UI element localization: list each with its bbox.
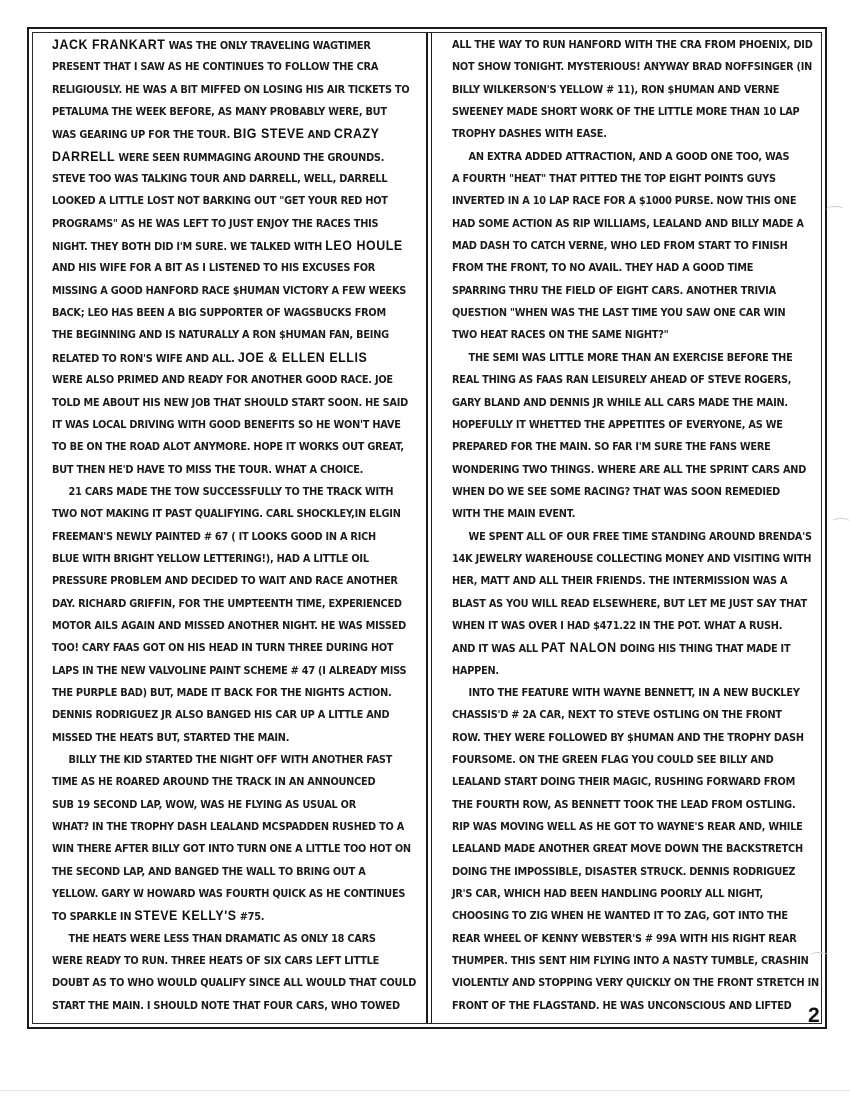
- body-text: QUESTION "WHEN WAS THE LAST TIME YOU SAW…: [452, 307, 785, 319]
- body-text: WITH THE MAIN EVENT.: [452, 508, 575, 520]
- body-text: PRESENT THAT I SAW AS HE CONTINUES TO FO…: [52, 61, 378, 73]
- text-line: RELIGIOUSLY. HE WAS A BIT MIFFED ON LOSI…: [52, 79, 389, 101]
- highlighted-name: CRAZY: [334, 126, 380, 141]
- text-line: WHEN IT WAS OVER I HAD $471.22 IN THE PO…: [452, 615, 791, 637]
- text-line: SPARRING THRU THE FIELD OF EIGHT CARS. A…: [452, 280, 791, 302]
- text-line: JACK FRANKART WAS THE ONLY TRAVELING WAG…: [52, 34, 389, 56]
- body-text: NIGHT. THEY BOTH DID I'M SURE. WE TALKED…: [52, 241, 325, 253]
- text-line: PRESENT THAT I SAW AS HE CONTINUES TO FO…: [52, 56, 389, 78]
- body-text: DAY. RICHARD GRIFFIN, FOR THE UMPTEENTH …: [52, 598, 402, 610]
- text-line: TO BE ON THE ROAD ALOT ANYMORE. HOPE IT …: [52, 436, 389, 458]
- scan-mark: [810, 952, 828, 959]
- body-text: NOT SHOW TONIGHT. MYSTERIOUS! ANYWAY BRA…: [452, 61, 812, 73]
- text-line: LAPS IN THE NEW VALVOLINE PAINT SCHEME #…: [52, 660, 389, 682]
- body-text: LEALAND START DOING THEIR MAGIC, RUSHING…: [452, 776, 795, 788]
- body-text: THE FOURTH ROW, AS BENNETT TOOK THE LEAD…: [452, 799, 795, 811]
- body-text: TWO NOT MAKING IT PAST QUALIFYING. CARL …: [52, 508, 401, 520]
- body-text: BILLY THE KID STARTED THE NIGHT OFF WITH…: [69, 754, 393, 766]
- text-line: 21 CARS MADE THE TOW SUCCESSFULLY TO THE…: [52, 481, 389, 503]
- body-text: THE SECOND LAP, AND BANGED THE WALL TO B…: [52, 866, 366, 878]
- text-line: THE SECOND LAP, AND BANGED THE WALL TO B…: [52, 861, 389, 883]
- text-line: BLAST AS YOU WILL READ ELSEWHERE, BUT LE…: [452, 593, 791, 615]
- text-line: THE SEMI WAS LITTLE MORE THAN AN EXERCIS…: [452, 347, 791, 369]
- body-text: INTO THE FEATURE WITH WAYNE BENNETT, IN …: [469, 687, 800, 699]
- body-text: DOUBT AS TO WHO WOULD QUALIFY SINCE ALL …: [52, 977, 416, 989]
- body-text: HAPPEN.: [452, 665, 499, 677]
- body-text: BLAST AS YOU WILL READ ELSEWHERE, BUT LE…: [452, 598, 807, 610]
- right-column: ALL THE WAY TO RUN HANFORD WITH THE CRA …: [452, 34, 820, 1017]
- body-text: TO BE ON THE ROAD ALOT ANYMORE. HOPE IT …: [52, 441, 404, 453]
- body-text: WE SPENT ALL OF OUR FREE TIME STANDING A…: [469, 531, 812, 543]
- text-line: TROPHY DASHES WITH EASE.: [452, 123, 791, 145]
- body-text: HAD SOME ACTION AS RIP WILLIAMS, LEALAND…: [452, 218, 804, 230]
- text-line: WERE READY TO RUN. THREE HEATS OF SIX CA…: [52, 950, 389, 972]
- text-line: QUESTION "WHEN WAS THE LAST TIME YOU SAW…: [452, 302, 791, 324]
- body-text: THE SEMI WAS LITTLE MORE THAN AN EXERCIS…: [469, 352, 793, 364]
- body-text: TOO! CARY FAAS GOT ON HIS HEAD IN TURN T…: [52, 642, 393, 654]
- text-line: FREEMAN'S NEWLY PAINTED # 67 ( IT LOOKS …: [52, 526, 389, 548]
- text-line: DOUBT AS TO WHO WOULD QUALIFY SINCE ALL …: [52, 972, 389, 994]
- page-number: 2: [808, 1004, 820, 1028]
- highlighted-name: BIG STEVE: [233, 126, 304, 141]
- body-text: TROPHY DASHES WITH EASE.: [452, 128, 607, 140]
- body-text: STEVE TOO WAS TALKING TOUR AND DARRELL, …: [52, 173, 387, 185]
- body-text: AN EXTRA ADDED ATTRACTION, AND A GOOD ON…: [469, 151, 790, 163]
- text-line: DOING THE IMPOSSIBLE, DISASTER STRUCK. D…: [452, 861, 791, 883]
- body-text: TWO HEAT RACES ON THE SAME NIGHT?": [452, 329, 669, 341]
- text-line: BUT THEN HE'D HAVE TO MISS THE TOUR. WHA…: [52, 459, 389, 481]
- body-text: MOTOR AILS AGAIN AND MISSED ANOTHER NIGH…: [52, 620, 406, 632]
- text-line: INVERTED IN A 10 LAP RACE FOR A $1000 PU…: [452, 190, 791, 212]
- text-line: RELATED TO RON'S WIFE AND ALL. JOE & ELL…: [52, 347, 389, 369]
- body-text: MAD DASH TO CATCH VERNE, WHO LED FROM ST…: [452, 240, 788, 252]
- text-line: LOOKED A LITTLE LOST NOT BARKING OUT "GE…: [52, 190, 389, 212]
- body-text: FOURSOME. ON THE GREEN FLAG YOU COULD SE…: [452, 754, 774, 766]
- body-text: SUB 19 SECOND LAP, WOW, WAS HE FLYING AS…: [52, 799, 356, 811]
- body-text: BLUE WITH BRIGHT YELLOW LETTERING!), HAD…: [52, 553, 369, 565]
- text-line: THE PURPLE BAD) BUT, MADE IT BACK FOR TH…: [52, 682, 389, 704]
- body-text: SWEENEY MADE SHORT WORK OF THE LITTLE MO…: [452, 106, 799, 118]
- body-text: SPARRING THRU THE FIELD OF EIGHT CARS. A…: [452, 285, 776, 297]
- body-text: WHEN DO WE SEE SOME RACING? THAT WAS SOO…: [452, 486, 780, 498]
- body-text: JR'S CAR, WHICH HAD BEEN HANDLING POORLY…: [452, 888, 763, 900]
- highlighted-name: LEO HOULE: [325, 238, 402, 253]
- text-line: TIME AS HE ROARED AROUND THE TRACK IN AN…: [52, 771, 389, 793]
- body-text: AND HIS WIFE FOR A BIT AS I LISTENED TO …: [52, 262, 375, 274]
- body-text: WERE READY TO RUN. THREE HEATS OF SIX CA…: [52, 955, 379, 967]
- text-line: PRESSURE PROBLEM AND DECIDED TO WAIT AND…: [52, 570, 389, 592]
- body-text: WONDERING TWO THINGS. WHERE ARE ALL THE …: [452, 464, 806, 476]
- body-text: WAS THE ONLY TRAVELING WAGTIMER: [165, 40, 370, 52]
- text-line: SUB 19 SECOND LAP, WOW, WAS HE FLYING AS…: [52, 794, 389, 816]
- body-text: WIN THERE AFTER BILLY GOT INTO TURN ONE …: [52, 843, 411, 855]
- text-line: HAD SOME ACTION AS RIP WILLIAMS, LEALAND…: [452, 213, 791, 235]
- text-line: YELLOW. GARY W HOWARD WAS FOURTH QUICK A…: [52, 883, 389, 905]
- text-line: MISSING A GOOD HANFORD RACE $HUMAN VICTO…: [52, 280, 389, 302]
- body-text: DOING THE IMPOSSIBLE, DISASTER STRUCK. D…: [452, 866, 795, 878]
- highlighted-name: STEVE KELLY'S: [134, 908, 236, 923]
- body-text: #75.: [237, 911, 265, 923]
- text-line: HAPPEN.: [452, 660, 791, 682]
- scan-edge: [0, 1090, 850, 1091]
- body-text: MISSING A GOOD HANFORD RACE $HUMAN VICTO…: [52, 285, 406, 297]
- text-line: FOURSOME. ON THE GREEN FLAG YOU COULD SE…: [452, 749, 791, 771]
- text-line: LEALAND MADE ANOTHER GREAT MOVE DOWN THE…: [452, 838, 791, 860]
- text-line: TWO HEAT RACES ON THE SAME NIGHT?": [452, 324, 791, 346]
- text-line: BILLY THE KID STARTED THE NIGHT OFF WITH…: [52, 749, 389, 771]
- text-line: THE HEATS WERE LESS THAN DRAMATIC AS ONL…: [52, 928, 389, 950]
- text-line: REAL THING AS FAAS RAN LEISURELY AHEAD O…: [452, 369, 791, 391]
- text-line: FRONT OF THE FLAGSTAND. HE WAS UNCONSCIO…: [452, 995, 791, 1017]
- text-line: CHASSIS'D # 2A CAR, NEXT TO STEVE OSTLIN…: [452, 704, 791, 726]
- body-text: TIME AS HE ROARED AROUND THE TRACK IN AN…: [52, 776, 375, 788]
- scan-mark: [826, 206, 844, 213]
- text-line: PETALUMA THE WEEK BEFORE, AS MANY PROBAB…: [52, 101, 389, 123]
- body-text: REAL THING AS FAAS RAN LEISURELY AHEAD O…: [452, 374, 791, 386]
- body-text: A FOURTH "HEAT" THAT PITTED THE TOP EIGH…: [452, 173, 776, 185]
- body-text: INVERTED IN A 10 LAP RACE FOR A $1000 PU…: [452, 195, 796, 207]
- text-line: TO SPARKLE IN STEVE KELLY'S #75.: [52, 905, 389, 927]
- text-line: MAD DASH TO CATCH VERNE, WHO LED FROM ST…: [452, 235, 791, 257]
- body-text: GARY BLAND AND DENNIS JR WHILE ALL CARS …: [452, 397, 788, 409]
- text-line: WHEN DO WE SEE SOME RACING? THAT WAS SOO…: [452, 481, 791, 503]
- body-text: DENNIS RODRIGUEZ JR ALSO BANGED HIS CAR …: [52, 709, 389, 721]
- text-line: STEVE TOO WAS TALKING TOUR AND DARRELL, …: [52, 168, 389, 190]
- text-line: TWO NOT MAKING IT PAST QUALIFYING. CARL …: [52, 503, 389, 525]
- text-line: HOPEFULLY IT WHETTED THE APPETITES OF EV…: [452, 414, 791, 436]
- text-line: WHAT? IN THE TROPHY DASH LEALAND McSPADD…: [52, 816, 389, 838]
- body-text: HOPEFULLY IT WHETTED THE APPETITES OF EV…: [452, 419, 783, 431]
- body-text: WHEN IT WAS OVER I HAD $471.22 IN THE PO…: [452, 620, 782, 632]
- text-line: TOLD ME ABOUT HIS NEW JOB THAT SHOULD ST…: [52, 392, 389, 414]
- text-line: ROW. THEY WERE FOLLOWED BY $HUMAN AND TH…: [452, 727, 791, 749]
- text-line: WAS GEARING UP FOR THE TOUR. BIG STEVE A…: [52, 123, 389, 145]
- text-line: ALL THE WAY TO RUN HANFORD WITH THE CRA …: [452, 34, 791, 56]
- body-text: LOOKED A LITTLE LOST NOT BARKING OUT "GE…: [52, 195, 388, 207]
- body-text: IT WAS LOCAL DRIVING WITH GOOD BENEFITS …: [52, 419, 401, 431]
- body-text: AND: [304, 129, 333, 141]
- body-text: YELLOW. GARY W HOWARD WAS FOURTH QUICK A…: [52, 888, 405, 900]
- text-line: WONDERING TWO THINGS. WHERE ARE ALL THE …: [452, 459, 791, 481]
- highlighted-name: JOE & ELLEN ELLIS: [238, 350, 367, 365]
- text-line: AN EXTRA ADDED ATTRACTION, AND A GOOD ON…: [452, 146, 791, 168]
- text-line: TOO! CARY FAAS GOT ON HIS HEAD IN TURN T…: [52, 637, 389, 659]
- body-text: CHOOSING TO ZIG WHEN HE WANTED IT TO ZAG…: [452, 910, 788, 922]
- text-line: MOTOR AILS AGAIN AND MISSED ANOTHER NIGH…: [52, 615, 389, 637]
- highlighted-name: PAT NALON: [541, 640, 617, 655]
- text-line: REAR WHEEL OF KENNY WEBSTER'S # 99A WITH…: [452, 928, 791, 950]
- body-text: FRONT OF THE FLAGSTAND. HE WAS UNCONSCIO…: [452, 1000, 791, 1012]
- text-line: AND IT WAS ALL PAT NALON DOING HIS THING…: [452, 637, 791, 659]
- body-text: PETALUMA THE WEEK BEFORE, AS MANY PROBAB…: [52, 106, 387, 118]
- text-line: NOT SHOW TONIGHT. MYSTERIOUS! ANYWAY BRA…: [452, 56, 791, 78]
- body-text: AND IT WAS ALL: [452, 643, 541, 655]
- body-text: FROM THE FRONT, TO NO AVAIL. THEY HAD A …: [452, 262, 753, 274]
- text-line: RIP WAS MOVING WELL AS HE GOT TO WAYNE'S…: [452, 816, 791, 838]
- text-line: THE BEGINNING AND IS NATURALLY A RON $HU…: [52, 324, 389, 346]
- column-divider-right-rule: [431, 32, 432, 1024]
- highlighted-name: DARRELL: [52, 149, 115, 164]
- text-line: FROM THE FRONT, TO NO AVAIL. THEY HAD A …: [452, 257, 791, 279]
- body-text: WERE SEEN RUMMAGING AROUND THE GROUNDS.: [115, 152, 384, 164]
- body-text: WAS GEARING UP FOR THE TOUR.: [52, 129, 233, 141]
- text-line: HER, MATT AND ALL THEIR FRIENDS. THE INT…: [452, 570, 791, 592]
- body-text: THE PURPLE BAD) BUT, MADE IT BACK FOR TH…: [52, 687, 391, 699]
- text-line: DARRELL WERE SEEN RUMMAGING AROUND THE G…: [52, 146, 389, 168]
- text-line: AND HIS WIFE FOR A BIT AS I LISTENED TO …: [52, 257, 389, 279]
- text-line: INTO THE FEATURE WITH WAYNE BENNETT, IN …: [452, 682, 791, 704]
- text-line: NIGHT. THEY BOTH DID I'M SURE. WE TALKED…: [52, 235, 389, 257]
- body-text: PROGRAMS" AS HE WAS LEFT TO JUST ENJOY T…: [52, 218, 378, 230]
- body-text: MISSED THE HEATS BUT, STARTED THE MAIN.: [52, 732, 289, 744]
- text-line: 14K JEWELRY WAREHOUSE COLLECTING MONEY A…: [452, 548, 791, 570]
- text-line: PROGRAMS" AS HE WAS LEFT TO JUST ENJOY T…: [52, 213, 389, 235]
- body-text: THE HEATS WERE LESS THAN DRAMATIC AS ONL…: [69, 933, 376, 945]
- body-text: REAR WHEEL OF KENNY WEBSTER'S # 99A WITH…: [452, 933, 797, 945]
- text-line: THE FOURTH ROW, AS BENNETT TOOK THE LEAD…: [452, 794, 791, 816]
- body-text: ALL THE WAY TO RUN HANFORD WITH THE CRA …: [452, 39, 813, 51]
- body-text: TO SPARKLE IN: [52, 911, 134, 923]
- body-text: DOING HIS THING THAT MADE IT: [617, 643, 791, 655]
- text-line: GARY BLAND AND DENNIS JR WHILE ALL CARS …: [452, 392, 791, 414]
- text-line: DENNIS RODRIGUEZ JR ALSO BANGED HIS CAR …: [52, 704, 389, 726]
- text-line: PREPARED FOR THE MAIN. SO FAR I'M SURE T…: [452, 436, 791, 458]
- body-text: WERE ALSO PRIMED AND READY FOR ANOTHER G…: [52, 374, 393, 386]
- body-text: PREPARED FOR THE MAIN. SO FAR I'M SURE T…: [452, 441, 771, 453]
- text-line: BILLY WILKERSON'S YELLOW # 11), RON $HUM…: [452, 79, 791, 101]
- text-line: JR'S CAR, WHICH HAD BEEN HANDLING POORLY…: [452, 883, 791, 905]
- text-line: WIN THERE AFTER BILLY GOT INTO TURN ONE …: [52, 838, 389, 860]
- body-text: PRESSURE PROBLEM AND DECIDED TO WAIT AND…: [52, 575, 398, 587]
- text-line: WE SPENT ALL OF OUR FREE TIME STANDING A…: [452, 526, 791, 548]
- body-text: TOLD ME ABOUT HIS NEW JOB THAT SHOULD ST…: [52, 397, 408, 409]
- text-line: BACK; LEO HAS BEEN A BIG SUPPORTER OF WA…: [52, 302, 389, 324]
- body-text: 14K JEWELRY WAREHOUSE COLLECTING MONEY A…: [452, 553, 811, 565]
- text-line: START THE MAIN. I SHOULD NOTE THAT FOUR …: [52, 995, 389, 1017]
- text-line: WERE ALSO PRIMED AND READY FOR ANOTHER G…: [52, 369, 389, 391]
- body-text: LEALAND MADE ANOTHER GREAT MOVE DOWN THE…: [452, 843, 803, 855]
- newsletter-page: JACK FRANKART WAS THE ONLY TRAVELING WAG…: [0, 0, 850, 1100]
- text-line: A FOURTH "HEAT" THAT PITTED THE TOP EIGH…: [452, 168, 791, 190]
- body-text: START THE MAIN. I SHOULD NOTE THAT FOUR …: [52, 1000, 400, 1012]
- body-text: WHAT? IN THE TROPHY DASH LEALAND McSPADD…: [52, 821, 404, 833]
- text-line: SWEENEY MADE SHORT WORK OF THE LITTLE MO…: [452, 101, 791, 123]
- left-column: JACK FRANKART WAS THE ONLY TRAVELING WAG…: [52, 34, 418, 1017]
- body-text: HER, MATT AND ALL THEIR FRIENDS. THE INT…: [452, 575, 787, 587]
- body-text: RELIGIOUSLY. HE WAS A BIT MIFFED ON LOSI…: [52, 84, 409, 96]
- text-line: CHOOSING TO ZIG WHEN HE WANTED IT TO ZAG…: [452, 905, 791, 927]
- text-line: WITH THE MAIN EVENT.: [452, 503, 791, 525]
- body-text: BACK; LEO HAS BEEN A BIG SUPPORTER OF WA…: [52, 307, 386, 319]
- body-text: THE BEGINNING AND IS NATURALLY A RON $HU…: [52, 329, 389, 341]
- column-divider-left-rule: [426, 32, 428, 1024]
- body-text: FREEMAN'S NEWLY PAINTED # 67 ( IT LOOKS …: [52, 531, 376, 543]
- body-text: VIOLENTLY AND STOPPING VERY QUICKLY ON T…: [452, 977, 819, 989]
- body-text: RIP WAS MOVING WELL AS HE GOT TO WAYNE'S…: [452, 821, 803, 833]
- scan-mark: [832, 518, 850, 525]
- body-text: 21 CARS MADE THE TOW SUCCESSFULLY TO THE…: [69, 486, 394, 498]
- body-text: ROW. THEY WERE FOLLOWED BY $HUMAN AND TH…: [452, 732, 804, 744]
- text-line: THUMPER. THIS SENT HIM FLYING INTO A NAS…: [452, 950, 791, 972]
- body-text: BILLY WILKERSON'S YELLOW # 11), RON $HUM…: [452, 84, 779, 96]
- text-line: LEALAND START DOING THEIR MAGIC, RUSHING…: [452, 771, 791, 793]
- body-text: THUMPER. THIS SENT HIM FLYING INTO A NAS…: [452, 955, 809, 967]
- body-text: RELATED TO RON'S WIFE AND ALL.: [52, 353, 238, 365]
- text-line: IT WAS LOCAL DRIVING WITH GOOD BENEFITS …: [52, 414, 389, 436]
- text-line: VIOLENTLY AND STOPPING VERY QUICKLY ON T…: [452, 972, 791, 994]
- text-line: MISSED THE HEATS BUT, STARTED THE MAIN.: [52, 727, 389, 749]
- text-line: BLUE WITH BRIGHT YELLOW LETTERING!), HAD…: [52, 548, 389, 570]
- body-text: BUT THEN HE'D HAVE TO MISS THE TOUR. WHA…: [52, 464, 363, 476]
- body-text: CHASSIS'D # 2A CAR, NEXT TO STEVE OSTLIN…: [452, 709, 782, 721]
- body-text: LAPS IN THE NEW VALVOLINE PAINT SCHEME #…: [52, 665, 406, 677]
- text-line: DAY. RICHARD GRIFFIN, FOR THE UMPTEENTH …: [52, 593, 389, 615]
- highlighted-name: JACK FRANKART: [52, 37, 165, 52]
